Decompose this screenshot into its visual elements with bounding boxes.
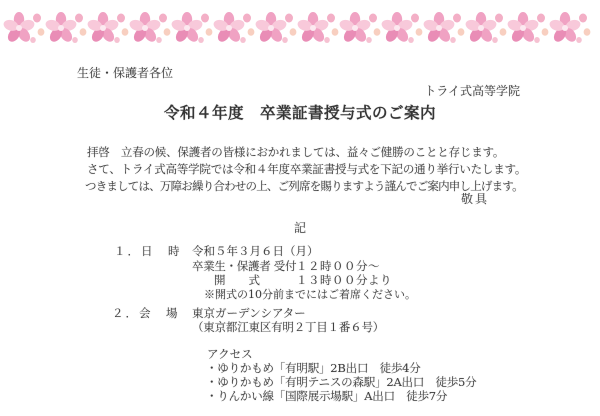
greeting-line-3: つきましては、万障お繰り合わせの上、ご列席を賜りますよう謹んでご案内申し上げます… (85, 180, 523, 194)
ceremony-opening-time: １３時００分より (296, 274, 392, 288)
venue-address: （東京都江東区有明２丁目１番６号） (192, 321, 384, 335)
closing-salutation: 敬具 (461, 192, 489, 206)
schedule-section-label: １．日 時 (114, 245, 182, 259)
seating-note: ※開式の10分前までにはご着席ください。 (204, 288, 416, 301)
sakura-border-svg (0, 6, 600, 54)
venue-section-label: ２．会 場 (112, 307, 180, 321)
access-route-item: ・りんかい線「国際展示場駅」A出口 徒歩7分 (206, 390, 447, 404)
access-route-item: ・ゆりかもめ「有明テニスの森駅」2A出口 徒歩5分 (206, 376, 476, 390)
recipient-line: 生徒・保護者各位 (77, 66, 173, 80)
greeting-line-2: さて、トライ式高等学院では令和４年度卒業証書授与式を下記の通り挙行いたします。 (87, 163, 526, 177)
sakura-border-decoration (0, 6, 600, 54)
greeting-line-1: 拝啓 立春の候、保護者の皆様におかれましては、益々ご健勝のことと存じます。 (87, 146, 504, 160)
record-marker: 記 (0, 221, 600, 235)
access-heading: アクセス (207, 348, 253, 362)
reception-time: １２時００分～ (296, 260, 380, 274)
ceremony-opening-label: 開 式 (214, 274, 260, 288)
document-title: 令和４年度 卒業証書授与式のご案内 (0, 104, 600, 123)
venue-name: 東京ガーデンシアター (192, 307, 306, 321)
access-route-item: ・ゆりかもめ「有明駅」2B出口 徒歩4分 (206, 362, 421, 376)
ceremony-date: 令和５年３月６日（月） (192, 245, 319, 259)
reception-label: 卒業生・保護者 受付 (192, 260, 296, 274)
graduation-ceremony-notice-page: 生徒・保護者各位 トライ式高等学院 令和４年度 卒業証書授与式のご案内 拝啓 立… (0, 0, 600, 416)
sender-organization: トライ式高等学院 (424, 84, 520, 98)
